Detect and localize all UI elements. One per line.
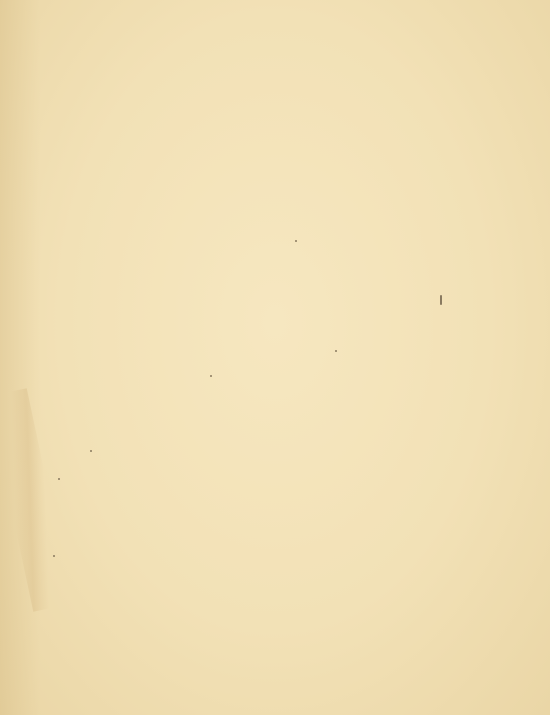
speck — [295, 240, 297, 242]
speck — [53, 555, 55, 557]
speck — [210, 375, 212, 377]
speck — [58, 478, 60, 480]
paper-page — [0, 0, 550, 715]
show-through-text — [110, 240, 450, 390]
ink-mark — [440, 295, 442, 305]
speck — [90, 450, 92, 452]
speck — [335, 350, 337, 352]
